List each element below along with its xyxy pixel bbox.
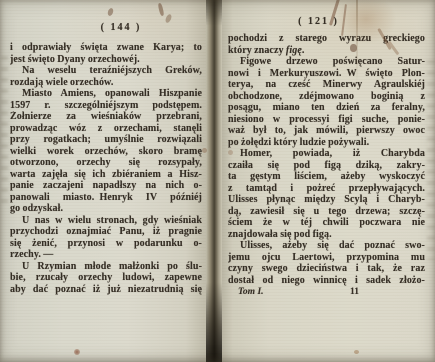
text-line: po żołędzi który ludzie pożywali. [228,137,425,149]
text-line: Miasto Amiens, opanowali Hiszpanie [10,88,202,100]
text-line: z tamtąd i pożreć przepływających. [228,183,425,195]
text-line: warta zajęła się ich zbiéraniem a Hisz- [10,169,202,181]
text-line: przy rogatkach; umyślnie rozwiązali [10,134,202,146]
text-segment: . [302,45,305,56]
text-line: nowi i Merkuryuszowi. W święto Plon- [228,68,425,80]
text-line: który znaczy figę. [228,45,425,57]
text-line: czyny swego dzieciństwa i tak, że raz [228,263,425,275]
text-line: rzechy. — [10,249,202,261]
text-line: Homer, powiada, iż Charybda [228,148,425,160]
text-line: otworzono, orzechy się rozsypały, [10,157,202,169]
text-line: panowali miasto. Henryk IV późniéj [10,192,202,204]
text-line: terya, na cześć Minerwy Agraulskiéj [228,79,425,91]
text-line: aby dać poznać iż już niezatrudnią się [10,284,202,296]
text-line: 1597 r. szczególniéjszym podstępem. [10,100,202,112]
left-page-number: ( 144 ) [18,22,224,33]
book-scan: ( 144 ) i odprawiały święta zwane Karya;… [0,0,435,362]
text-line: wielki worek orzechów, skoro bramę [10,146,202,158]
right-page: ( 121 ) pochodzi z starego wyrazu grecki… [222,0,435,362]
text-line: panie zaczajeni napadłszy na nich o- [10,180,202,192]
right-page-text: pochodzi z starego wyrazu greckiegoktóry… [228,33,425,299]
text-line: Żołnierze za wieśniaków przebrani, [10,111,202,123]
text-line: bie, rzucały orzechy ludowi, zapewne [10,272,202,284]
text-line: dą, zawiesił się u tego drzewa; szczę- [228,206,425,218]
text-line: przychodzi oznajmiać Panu, iż pragnie [10,226,202,238]
text-line: i odprawiały święta zwane Karya; to [10,42,202,54]
text-line: obchodzone, zdéjmowano boginią z [228,91,425,103]
text-line: jest święto Dyany orzechowéj. [10,54,202,66]
signature-number: 11 [350,287,359,297]
right-page-number: ( 121 ) [212,16,425,27]
text-line: prowadząc wóz z orzechami, stanęli [10,123,202,135]
italic-word: figę [286,45,302,56]
text-segment: który znaczy [228,45,286,56]
volume-label: Tom I. [238,287,264,297]
text-line: Figowe drzewo poświęcano Satur- [228,56,425,68]
text-line: ściem że w téj chwili poczwara nie [228,217,425,229]
text-line: czaiła się pod figą dziką, zakry- [228,160,425,172]
text-line: U nas w wielu stronach, gdy wieśniak [10,215,202,227]
text-line: U Rzymian młode małżonki po ślu- [10,261,202,273]
text-line: Ulisses, ażeby się dać poznać swo- [228,240,425,252]
text-line: znajdowała się pod figą. [228,229,425,241]
text-line: go odzyskał. [10,203,202,215]
text-line: waż był to, jak mówili, pierwszy owoc [228,125,425,137]
text-line: rozdają wiele orzechów. [10,77,202,89]
text-line: pochodzi z starego wyrazu greckiego [228,33,425,45]
text-line: dostał od niego winnicę i sadek złożo- [228,275,425,287]
left-page-text: i odprawiały święta zwane Karya; tojest … [10,42,202,295]
text-line: ta gęstym liściem, ażeby wyskoczyć [228,171,425,183]
text-line: Na weselu teraźniéjszych Greków, [10,65,202,77]
left-page: ( 144 ) i odprawiały święta zwane Karya;… [0,0,206,362]
text-line: niesiono w processyi figi suche, ponie- [228,114,425,126]
book-gutter [206,0,222,362]
text-line: posągu, miano ten dzień za feralny, [228,102,425,114]
text-line: Ulisses płynąc między Scylą i Charyb- [228,194,425,206]
page-footer: Tom I.11 [228,287,425,299]
text-line: jemu ojcu Laertowi, przypomina mu [228,252,425,264]
text-line: się żenić, przynosi w podarunku o- [10,238,202,250]
